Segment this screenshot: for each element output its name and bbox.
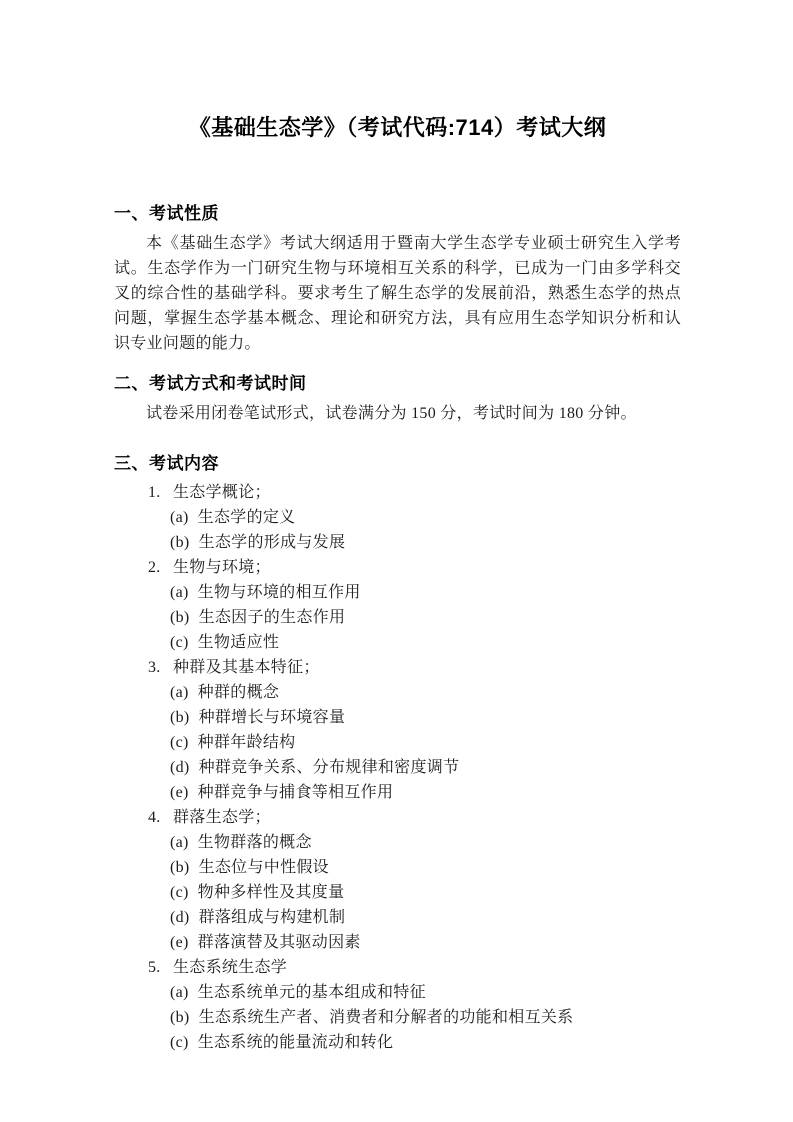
list-subitem-text: 生态学的定义 (198, 509, 296, 526)
list-item: 4.群落生态学； (114, 805, 681, 830)
list-item: 1.生态学概论； (114, 480, 681, 505)
list-subitem-text: 生态位与中性假设 (199, 859, 329, 876)
list-subitem-marker: (a) (170, 980, 189, 1005)
section-heading-exam-format: 二、考试方式和考试时间 (114, 373, 681, 395)
list-subitem: (a)种群的概念 (114, 680, 681, 705)
list-subitem-marker: (a) (170, 680, 189, 705)
list-subitem-marker: (d) (170, 755, 190, 780)
list-item: 2.生物与环境； (114, 555, 681, 580)
list-subitem-marker: (c) (170, 1030, 189, 1055)
list-subitem: (a)生物群落的概念 (114, 830, 681, 855)
list-item-label: 生物与环境； (173, 559, 271, 576)
list-subitem: (a)生态学的定义 (114, 505, 681, 530)
list-item-label: 种群及其基本特征； (173, 659, 320, 676)
list-item-number: 3. (148, 655, 164, 680)
list-subitem-marker: (b) (170, 705, 190, 730)
list-subitem-text: 生态因子的生态作用 (199, 609, 346, 626)
list-subitem-text: 种群竞争关系、分布规律和密度调节 (199, 759, 460, 776)
list-item-number: 4. (148, 805, 164, 830)
list-subitem-text: 种群增长与环境容量 (199, 709, 346, 726)
list-subitem-marker: (c) (170, 730, 189, 755)
list-subitem-text: 生态系统生产者、消费者和分解者的功能和相互关系 (199, 1009, 574, 1026)
list-subitem: (b)生态因子的生态作用 (114, 605, 681, 630)
list-subitem-text: 种群的概念 (198, 684, 280, 701)
list-subitem-text: 生物适应性 (198, 634, 280, 651)
document-page: 《基础生态学》（考试代码:714）考试大纲 一、考试性质 本《基础生态学》考试大… (0, 0, 793, 1122)
list-subitem: (a)生态系统单元的基本组成和特征 (114, 980, 681, 1005)
list-subitem-marker: (b) (170, 605, 190, 630)
list-subitem-text: 生态学的形成与发展 (199, 534, 346, 551)
section-heading-exam-nature: 一、考试性质 (114, 203, 681, 225)
list-subitem-text: 生态系统的能量流动和转化 (198, 1034, 394, 1051)
list-subitem-marker: (c) (170, 880, 189, 905)
list-subitem-marker: (b) (170, 530, 190, 555)
list-subitem: (b)生态学的形成与发展 (114, 530, 681, 555)
list-subitem-marker: (a) (170, 830, 189, 855)
list-subitem-marker: (e) (170, 930, 189, 955)
list-item-number: 5. (148, 955, 164, 980)
list-subitem-text: 生物群落的概念 (198, 834, 312, 851)
list-item-number: 1. (148, 480, 164, 505)
list-subitem: (c)物种多样性及其度量 (114, 880, 681, 905)
list-subitem-text: 物种多样性及其度量 (198, 884, 345, 901)
section-paragraph-exam-format: 试卷采用闭卷笔试形式，试卷满分为 150 分，考试时间为 180 分钟。 (114, 401, 681, 426)
document-title: 《基础生态学》（考试代码:714）考试大纲 (114, 113, 681, 143)
list-item-label: 生态系统生态学 (173, 959, 287, 976)
list-subitem-marker: (b) (170, 1005, 190, 1030)
list-subitem: (d)种群竞争关系、分布规律和密度调节 (114, 755, 681, 780)
list-item-number: 2. (148, 555, 164, 580)
list-subitem-marker: (c) (170, 630, 189, 655)
list-subitem-marker: (b) (170, 855, 190, 880)
list-subitem: (b)生态位与中性假设 (114, 855, 681, 880)
list-subitem-text: 群落演替及其驱动因素 (198, 934, 361, 951)
list-item: 5.生态系统生态学 (114, 955, 681, 980)
exam-content-list: 1.生态学概论； (a)生态学的定义 (b)生态学的形成与发展 2.生物与环境；… (114, 480, 681, 1055)
list-subitem: (e)群落演替及其驱动因素 (114, 930, 681, 955)
list-subitem: (b)种群增长与环境容量 (114, 705, 681, 730)
list-subitem-marker: (e) (170, 780, 189, 805)
list-subitem-text: 生态系统单元的基本组成和特征 (198, 984, 426, 1001)
section-heading-exam-content: 三、考试内容 (114, 453, 681, 475)
list-subitem: (c)生态系统的能量流动和转化 (114, 1030, 681, 1055)
list-subitem-text: 种群竞争与捕食等相互作用 (198, 784, 394, 801)
list-subitem: (e)种群竞争与捕食等相互作用 (114, 780, 681, 805)
list-subitem-marker: (a) (170, 505, 189, 530)
list-subitem: (c)种群年龄结构 (114, 730, 681, 755)
list-subitem-text: 种群年龄结构 (198, 734, 296, 751)
list-item-label: 生态学概论； (173, 484, 271, 501)
list-subitem-text: 生物与环境的相互作用 (198, 584, 361, 601)
list-subitem: (b)生态系统生产者、消费者和分解者的功能和相互关系 (114, 1005, 681, 1030)
list-subitem-text: 群落组成与构建机制 (199, 909, 346, 926)
list-subitem-marker: (d) (170, 905, 190, 930)
list-item-label: 群落生态学； (173, 809, 271, 826)
list-subitem: (a)生物与环境的相互作用 (114, 580, 681, 605)
list-subitem-marker: (a) (170, 580, 189, 605)
list-item: 3.种群及其基本特征； (114, 655, 681, 680)
section-paragraph-exam-nature: 本《基础生态学》考试大纲适用于暨南大学生态学专业硕士研究生入学考试。生态学作为一… (114, 231, 681, 356)
list-subitem: (c)生物适应性 (114, 630, 681, 655)
list-subitem: (d)群落组成与构建机制 (114, 905, 681, 930)
